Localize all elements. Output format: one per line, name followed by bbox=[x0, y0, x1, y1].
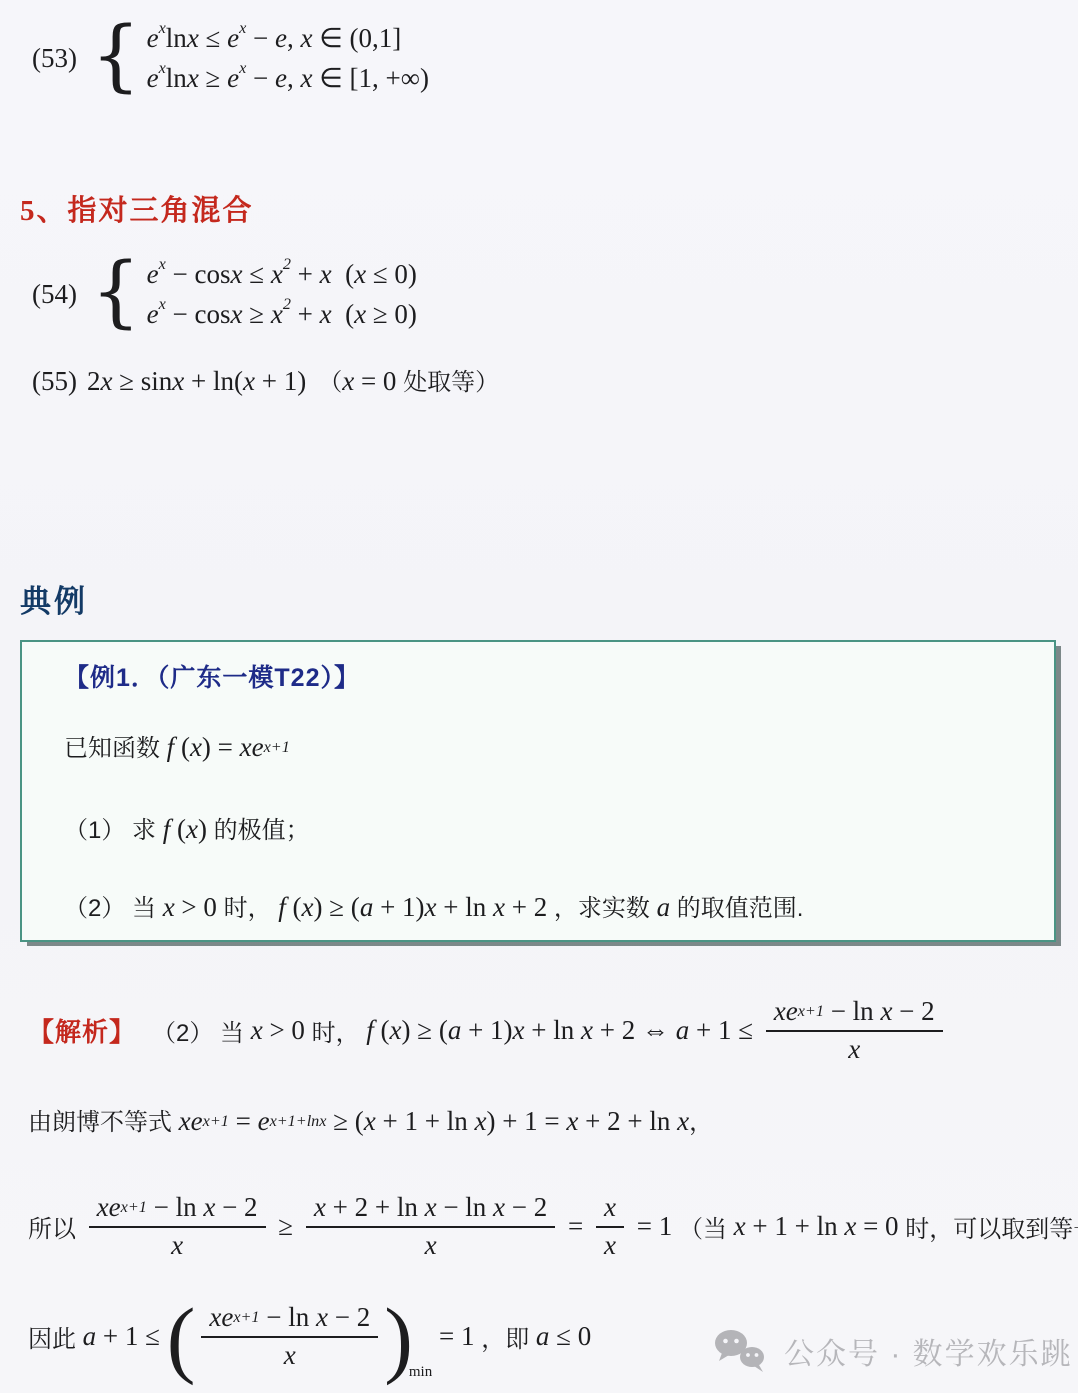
numerator: xex+1 − ln x − 2 bbox=[201, 1301, 378, 1337]
math-roman: − bbox=[246, 63, 275, 93]
text: 处取等） bbox=[403, 362, 499, 397]
math-roman: + 2 ⇔ bbox=[593, 1015, 676, 1046]
math-italic: e bbox=[147, 23, 159, 53]
math-italic: x bbox=[301, 23, 313, 53]
math-italic: x bbox=[581, 1015, 593, 1046]
numerator: xex+1 − ln x − 2 bbox=[89, 1191, 266, 1227]
math-italic: x bbox=[187, 63, 199, 93]
math-italic: x bbox=[354, 299, 366, 329]
example-box: 【例1．（广东一模T22）】 已知函数 f (x) = xex+1 （1） 求 … bbox=[20, 640, 1056, 942]
math-roman: ∈ [1, +∞) bbox=[313, 63, 429, 93]
math-italic: x bbox=[425, 1191, 437, 1223]
numerator: xex+1 − ln x − 2 bbox=[766, 995, 943, 1031]
wechat-icon bbox=[712, 1328, 770, 1374]
math-roman: ( bbox=[332, 299, 355, 329]
math-italic: x bbox=[342, 366, 354, 397]
text: （2） 当 bbox=[152, 1013, 251, 1048]
math-italic: x bbox=[320, 259, 332, 289]
text: 时， bbox=[305, 1013, 366, 1048]
math-italic: f bbox=[278, 892, 286, 923]
text: （当 bbox=[679, 1209, 734, 1244]
math-roman: ) ≥ ( bbox=[314, 892, 360, 923]
item-label: (54) bbox=[32, 279, 77, 310]
text: 所以 bbox=[28, 1209, 83, 1244]
math-roman: > 0 bbox=[263, 1015, 305, 1046]
math-italic: x bbox=[284, 1339, 296, 1371]
math-italic: x bbox=[604, 1229, 616, 1261]
math-italic: e bbox=[275, 23, 287, 53]
fraction: xex+1 − ln x − 2x bbox=[201, 1301, 378, 1371]
math-italic: x bbox=[604, 1191, 616, 1223]
math-italic: e bbox=[275, 63, 287, 93]
example-question-1: （1） 求 f (x) 的极值； bbox=[64, 810, 310, 845]
math-italic: x bbox=[493, 1191, 505, 1223]
denominator: x bbox=[604, 1228, 616, 1261]
fraction: xex+1 − ln x − 2x bbox=[89, 1191, 266, 1261]
formula-55: (55) 2x ≥ sinx + ln(x + 1) （x = 0 处取等） bbox=[32, 362, 499, 397]
math-roman: + bbox=[291, 299, 320, 329]
math-italic: x bbox=[314, 1191, 326, 1223]
math-italic: x bbox=[171, 1229, 183, 1261]
math-italic: x bbox=[203, 1191, 215, 1223]
document-page: (53) { exlnx ≤ ex − e, x ∈ (0,1] exlnx ≥… bbox=[0, 0, 1078, 1393]
math-italic: e bbox=[227, 23, 239, 53]
math-roman: = bbox=[229, 1106, 258, 1137]
math-roman: − bbox=[246, 23, 275, 53]
math-italic: f bbox=[366, 1015, 374, 1046]
text: （ bbox=[306, 362, 342, 397]
math-italic: x bbox=[231, 259, 243, 289]
math-italic: xe bbox=[209, 1301, 233, 1333]
math-italic: x bbox=[172, 366, 184, 397]
fraction: xx bbox=[596, 1191, 624, 1261]
superscript: 2 bbox=[283, 255, 291, 273]
denominator: x bbox=[171, 1228, 183, 1261]
math-roman: ( bbox=[332, 259, 355, 289]
math-italic: x bbox=[844, 1211, 856, 1242]
example-given-line: 已知函数 f (x) = xex+1 bbox=[64, 728, 290, 763]
math-italic: x bbox=[513, 1015, 525, 1046]
text: 的极值； bbox=[207, 810, 310, 845]
text: （1） 求 bbox=[64, 810, 163, 845]
analysis-step-1: 【解析】 （2） 当 x > 0 时， f (x) ≥ (a + 1)x + l… bbox=[28, 988, 949, 1072]
math-roman: ) = bbox=[202, 732, 240, 763]
math-roman: + 1) bbox=[461, 1015, 512, 1046]
math-italic: xe bbox=[240, 732, 264, 763]
math-roman: + 2 + ln bbox=[578, 1106, 677, 1137]
superscript: 2 bbox=[283, 295, 291, 313]
item-label: (55) bbox=[32, 366, 77, 397]
math-italic: a bbox=[536, 1321, 550, 1352]
math-italic: x bbox=[243, 366, 255, 397]
system-lines: ex − cosx ≤ x2 + x (x ≤ 0) ex − cosx ≥ x… bbox=[147, 256, 417, 333]
math-italic: x bbox=[271, 259, 283, 289]
math-italic: e bbox=[227, 63, 239, 93]
math-italic: x bbox=[187, 23, 199, 53]
math-roman: − ln bbox=[437, 1191, 493, 1223]
math-italic: x bbox=[425, 1229, 437, 1261]
math-italic: xe bbox=[774, 995, 798, 1027]
math-roman: = 1 bbox=[432, 1321, 481, 1352]
math-roman: ≥ bbox=[243, 299, 271, 329]
formula-54: (54) { ex − cosx ≤ x2 + x (x ≤ 0) ex − c… bbox=[32, 256, 417, 333]
math-roman: ln bbox=[166, 63, 187, 93]
superscript: x bbox=[239, 59, 246, 77]
math-italic: a bbox=[657, 892, 671, 923]
math-italic: a bbox=[448, 1015, 462, 1046]
formula-line: exlnx ≥ ex − e, x ∈ [1, +∞) bbox=[147, 60, 429, 96]
example-title: 【例1．（广东一模T22）】 bbox=[64, 658, 360, 694]
denominator: x bbox=[425, 1228, 437, 1261]
watermark: 公众号 · 数学欢乐跳 bbox=[712, 1328, 1073, 1374]
math-italic: e bbox=[147, 259, 159, 289]
math-roman: − 2 bbox=[892, 995, 934, 1027]
denominator: x bbox=[284, 1338, 296, 1371]
math-italic: x bbox=[566, 1106, 578, 1137]
math-roman: ( bbox=[174, 732, 190, 763]
text: ， bbox=[689, 1102, 713, 1137]
analysis-tag: 【解析】 bbox=[28, 1012, 136, 1049]
math-italic: x bbox=[251, 1015, 263, 1046]
math-italic: f bbox=[167, 732, 175, 763]
numerator: x bbox=[596, 1191, 624, 1227]
math-roman: = bbox=[561, 1211, 590, 1242]
formula-line: ex − cosx ≥ x2 + x (x ≥ 0) bbox=[147, 296, 417, 332]
math-italic: a bbox=[676, 1015, 690, 1046]
formula-line: 2x ≥ sinx + ln(x + 1) （x = 0 处取等） bbox=[87, 362, 499, 397]
math-roman: + 1 ≤ bbox=[96, 1321, 167, 1352]
denominator: x bbox=[848, 1032, 860, 1065]
formula-line: 因此 a + 1 ≤ (xex+1 − ln x − 2x)min = 1 ，即… bbox=[28, 1301, 591, 1371]
math-italic: x bbox=[880, 995, 892, 1027]
math-roman: ) + 1 = bbox=[486, 1106, 566, 1137]
math-italic: x bbox=[354, 259, 366, 289]
math-italic: x bbox=[390, 1015, 402, 1046]
math-roman: , bbox=[287, 63, 301, 93]
math-roman: ≤ bbox=[243, 259, 271, 289]
math-italic: x bbox=[734, 1211, 746, 1242]
text: 已知函数 bbox=[64, 728, 167, 763]
math-italic: x bbox=[316, 1301, 328, 1333]
fraction: xex+1 − ln x − 2x bbox=[766, 995, 943, 1065]
math-roman: ≥ bbox=[272, 1211, 300, 1242]
math-roman: + 1 + ln bbox=[746, 1211, 845, 1242]
text: 的取值范围. bbox=[670, 888, 803, 923]
item-label: (53) bbox=[32, 43, 77, 74]
section-heading: 5、指对三角混合 bbox=[20, 188, 254, 229]
math-italic: xe bbox=[97, 1191, 121, 1223]
math-italic: f bbox=[163, 814, 171, 845]
math-roman: + 1 + ln bbox=[376, 1106, 475, 1137]
math-italic: x bbox=[425, 892, 437, 923]
dianli-heading: 典例 bbox=[20, 576, 88, 621]
math-roman: − 2 bbox=[215, 1191, 257, 1223]
subscript-min: min bbox=[409, 1364, 432, 1381]
math-roman: − ln bbox=[147, 1191, 203, 1223]
superscript: x bbox=[159, 255, 166, 273]
math-roman: + 1 ≤ bbox=[689, 1015, 760, 1046]
math-roman: ( bbox=[374, 1015, 390, 1046]
fraction: x + 2 + ln x − ln x − 2x bbox=[306, 1191, 555, 1261]
math-italic: x bbox=[231, 299, 243, 329]
example-question-2: （2） 当 x > 0 时， f (x) ≥ (a + 1)x + ln x +… bbox=[64, 888, 803, 923]
math-italic: e bbox=[147, 299, 159, 329]
math-italic: xe bbox=[179, 1106, 203, 1137]
formula-line: 所以 xex+1 − ln x − 2x ≥ x + 2 + ln x − ln… bbox=[28, 1191, 1078, 1261]
math-roman: = 0 bbox=[856, 1211, 898, 1242]
math-roman: ∈ (0,1] bbox=[313, 23, 402, 53]
math-roman: ≤ bbox=[199, 23, 227, 53]
superscript: x bbox=[159, 59, 166, 77]
math-roman: ≥ ( bbox=[326, 1106, 363, 1137]
math-italic: a bbox=[360, 892, 374, 923]
math-roman: ≥ 0) bbox=[366, 299, 417, 329]
math-roman: − ln bbox=[260, 1301, 316, 1333]
math-roman: − ln bbox=[824, 995, 880, 1027]
math-roman: , bbox=[287, 23, 301, 53]
text: （2） 当 bbox=[64, 888, 163, 923]
math-italic: x bbox=[163, 892, 175, 923]
math-roman: + bbox=[291, 259, 320, 289]
text: 时，可以取到等号） bbox=[899, 1209, 1078, 1244]
math-roman: − 2 bbox=[505, 1191, 547, 1223]
math-roman: ln bbox=[166, 23, 187, 53]
watermark-label: 公众号 · 数学欢乐跳 bbox=[784, 1329, 1073, 1373]
math-roman: + 2 + ln bbox=[326, 1191, 425, 1223]
math-roman: − cos bbox=[166, 259, 231, 289]
math-roman: ≤ 0 bbox=[549, 1321, 591, 1352]
math-italic: x bbox=[302, 892, 314, 923]
superscript: x bbox=[239, 19, 246, 37]
math-roman: ≤ 0) bbox=[366, 259, 417, 289]
analysis-step-3: 所以 xex+1 − ln x − 2x ≥ x + 2 + ln x − ln… bbox=[28, 1178, 1078, 1274]
math-italic: x bbox=[677, 1106, 689, 1137]
superscript: x bbox=[159, 295, 166, 313]
text: 因此 bbox=[28, 1319, 83, 1354]
formula-line: （2） 当 x > 0 时， f (x) ≥ (a + 1)x + ln x +… bbox=[152, 995, 949, 1065]
math-italic: x bbox=[271, 299, 283, 329]
text: ，即 bbox=[481, 1319, 536, 1354]
math-roman: + ln bbox=[525, 1015, 581, 1046]
text: 由朗博不等式 bbox=[28, 1102, 179, 1137]
math-roman: > 0 bbox=[175, 892, 217, 923]
math-roman: 2 bbox=[87, 366, 101, 397]
superscript: x bbox=[159, 19, 166, 37]
math-italic: x bbox=[301, 63, 313, 93]
math-italic: x bbox=[190, 732, 202, 763]
formula-line: exlnx ≤ ex − e, x ∈ (0,1] bbox=[147, 20, 429, 56]
math-roman: + 1) bbox=[373, 892, 424, 923]
math-roman: + 2 bbox=[505, 892, 547, 923]
math-roman: ) bbox=[198, 814, 207, 845]
text: 时， bbox=[217, 888, 278, 923]
formula-line: 由朗博不等式 xex+1 = ex+1+lnx ≥ (x + 1 + ln x)… bbox=[28, 1102, 713, 1137]
math-italic: x bbox=[186, 814, 198, 845]
math-roman: − 2 bbox=[328, 1301, 370, 1333]
math-roman: ) ≥ ( bbox=[402, 1015, 448, 1046]
numerator: x + 2 + ln x − ln x − 2 bbox=[306, 1191, 555, 1227]
math-roman: = 1 bbox=[630, 1211, 679, 1242]
math-italic: x bbox=[100, 366, 112, 397]
math-italic: x bbox=[474, 1106, 486, 1137]
math-roman: = 0 bbox=[354, 366, 403, 397]
system-lines: exlnx ≤ ex − e, x ∈ (0,1] exlnx ≥ ex − e… bbox=[147, 20, 429, 97]
math-italic: x bbox=[320, 299, 332, 329]
math-italic: e bbox=[147, 63, 159, 93]
math-roman: + ln bbox=[437, 892, 493, 923]
math-roman: + 1) bbox=[255, 366, 306, 397]
math-roman: ≥ sin bbox=[112, 366, 172, 397]
formula-line: ex − cosx ≤ x2 + x (x ≤ 0) bbox=[147, 256, 417, 292]
math-italic: x bbox=[848, 1033, 860, 1065]
math-roman: − cos bbox=[166, 299, 231, 329]
math-italic: e bbox=[258, 1106, 270, 1137]
math-italic: x bbox=[364, 1106, 376, 1137]
text: ，求实数 bbox=[547, 888, 656, 923]
analysis-step-4: 因此 a + 1 ≤ (xex+1 − ln x − 2x)min = 1 ，即… bbox=[28, 1284, 591, 1388]
analysis-step-2: 由朗博不等式 xex+1 = ex+1+lnx ≥ (x + 1 + ln x)… bbox=[28, 1102, 713, 1137]
math-roman: ( bbox=[170, 814, 186, 845]
math-roman: + ln( bbox=[184, 366, 243, 397]
formula-53: (53) { exlnx ≤ ex − e, x ∈ (0,1] exlnx ≥… bbox=[32, 20, 429, 97]
math-italic: x bbox=[493, 892, 505, 923]
math-roman: ≥ bbox=[199, 63, 227, 93]
math-roman: ( bbox=[286, 892, 302, 923]
math-italic: a bbox=[83, 1321, 97, 1352]
